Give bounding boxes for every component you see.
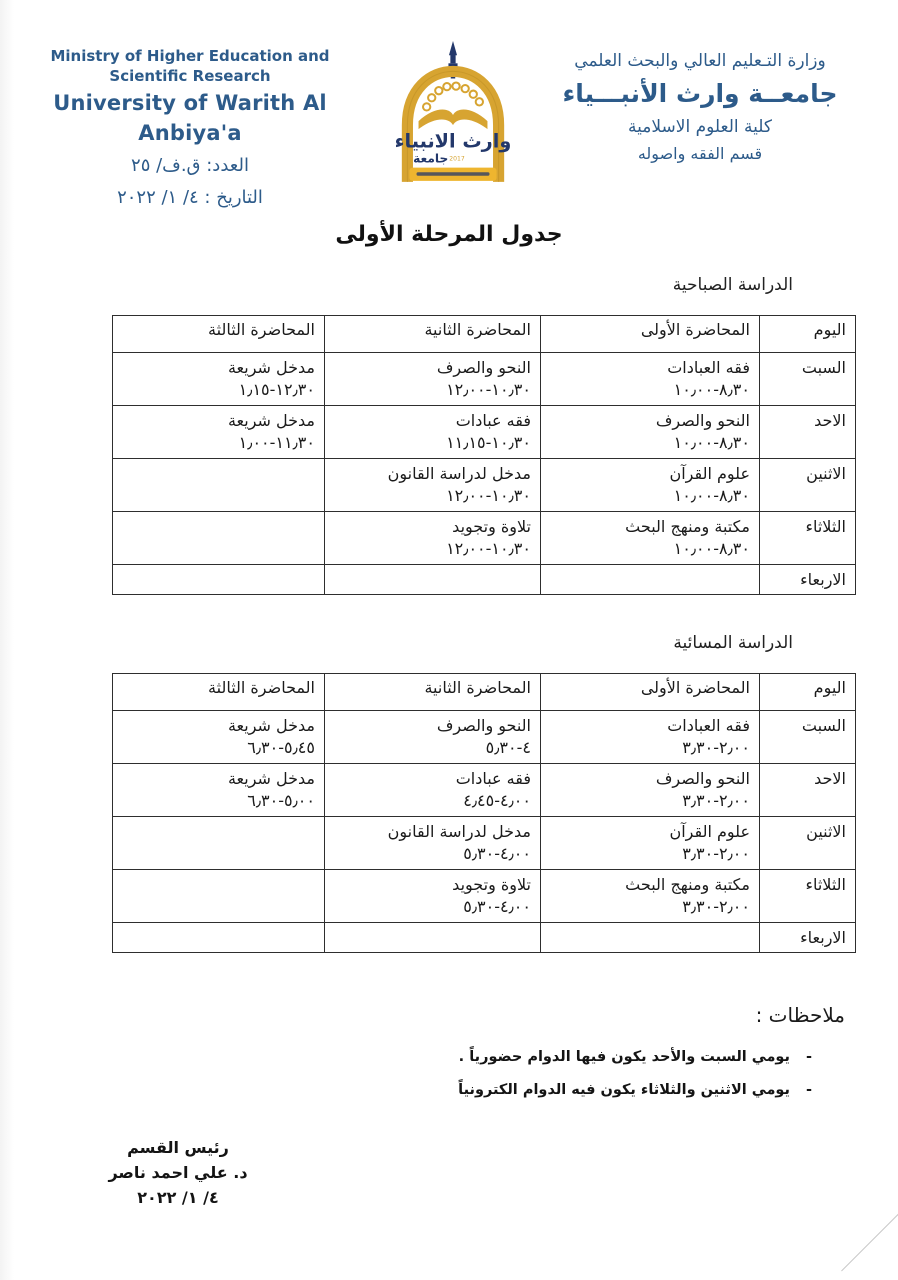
- time-range: ٥٫٠٠-٦٫٣٠: [117, 790, 315, 812]
- notes-list: - يومي السبت والأحد يكون فيها الدوام حضو…: [0, 1041, 898, 1107]
- day-cell: الاربعاء: [760, 923, 856, 953]
- day-cell: السبت: [760, 711, 856, 764]
- lecture-cell: النحو والصرف١٠٫٣٠-١٢٫٠٠: [325, 353, 541, 406]
- document-page: Ministry of Higher Education and Scienti…: [0, 0, 898, 1280]
- subject-name: مكتبة ومنهج البحث: [545, 516, 750, 538]
- signature-name: د. علي احمد ناصر: [88, 1160, 268, 1185]
- lecture-cell: النحو والصرف٤-٥٫٣٠: [325, 711, 541, 764]
- section-label-morning: الدراسة الصباحية: [0, 275, 898, 295]
- time-range: ١٠٫٣٠-١٢٫٠٠: [329, 485, 531, 507]
- document-date: التاريخ : ٤/ ١/ ٢٠٢٢: [30, 183, 350, 212]
- time-range: ٢٫٠٠-٣٫٣٠: [545, 790, 750, 812]
- column-header: المحاضرة الأولى: [541, 674, 760, 711]
- lecture-cell: مكتبة ومنهج البحث٢٫٠٠-٣٫٣٠: [541, 870, 760, 923]
- time-range: ٨٫٣٠-١٠٫٠٠: [545, 538, 750, 560]
- logo-year: 2017: [449, 156, 465, 163]
- table-row: الاحدالنحو والصرف٢٫٠٠-٣٫٣٠فقه عبادات٤٫٠٠…: [113, 764, 856, 817]
- lecture-cell: [113, 817, 325, 870]
- subject-name: النحو والصرف: [545, 410, 750, 432]
- logo-calligraphy-text: وارث الانبياء: [395, 129, 512, 152]
- dash-bullet: -: [806, 1074, 812, 1107]
- subject-name: النحو والصرف: [545, 768, 750, 790]
- table-row: الاربعاء: [113, 565, 856, 595]
- lecture-cell: مدخل شريعة١١٫٣٠-١٫٠٠: [113, 406, 325, 459]
- day-cell: السبت: [760, 353, 856, 406]
- letterhead: Ministry of Higher Education and Scienti…: [0, 40, 898, 198]
- college-ar: كلية العلوم الاسلامية: [538, 114, 862, 141]
- lecture-cell: فقه العبادات٢٫٠٠-٣٫٣٠: [541, 711, 760, 764]
- time-range: ٤٫٠٠-٥٫٣٠: [329, 843, 531, 865]
- morning-schedule-table: اليومالمحاضرة الأولىالمحاضرة الثانيةالمح…: [112, 315, 856, 595]
- signature-date: ٤/ ١/ ٢٠٢٢: [88, 1185, 268, 1210]
- time-range: ٢٫٠٠-٣٫٣٠: [545, 896, 750, 918]
- subject-name: فقه عبادات: [329, 410, 531, 432]
- time-range: ٢٫٠٠-٣٫٣٠: [545, 737, 750, 759]
- column-header: المحاضرة الثالثة: [113, 674, 325, 711]
- column-header: المحاضرة الأولى: [541, 316, 760, 353]
- lecture-cell: فقه العبادات٨٫٣٠-١٠٫٠٠: [541, 353, 760, 406]
- subject-name: تلاوة وتجويد: [329, 874, 531, 896]
- subject-name: مدخل لدراسة القانون: [329, 821, 531, 843]
- page-title: جدول المرحلة الأولى: [0, 222, 898, 247]
- lecture-cell: النحو والصرف٢٫٠٠-٣٫٣٠: [541, 764, 760, 817]
- day-cell: الاثنين: [760, 459, 856, 512]
- subject-name: مدخل شريعة: [117, 357, 315, 379]
- subject-name: النحو والصرف: [329, 357, 531, 379]
- notes-title: ملاحظات :: [0, 1003, 898, 1027]
- ministry-ar: وزارة التـعليم العالي والبحث العلمي: [538, 48, 862, 74]
- subject-name: علوم القرآن: [545, 463, 750, 485]
- note-text: يومي السبت والأحد يكون فيها الدوام حضوري…: [459, 1041, 790, 1074]
- lecture-cell: [113, 923, 325, 953]
- table-row: الاثنينعلوم القرآن٨٫٣٠-١٠٫٠٠مدخل لدراسة …: [113, 459, 856, 512]
- time-range: ١٠٫٣٠-١٢٫٠٠: [329, 538, 531, 560]
- subject-name: مدخل شريعة: [117, 768, 315, 790]
- letterhead-arabic-block: وزارة التـعليم العالي والبحث العلمي جامع…: [538, 48, 862, 167]
- signature-block: رئيس القسم د. علي احمد ناصر ٤/ ١/ ٢٠٢٢: [88, 1135, 268, 1210]
- lecture-cell: فقه عبادات٤٫٠٠-٤٫٤٥: [325, 764, 541, 817]
- time-range: ٤-٥٫٣٠: [329, 737, 531, 759]
- time-range: ١٠٫٣٠-١٢٫٠٠: [329, 379, 531, 401]
- evening-schedule-table: اليومالمحاضرة الأولىالمحاضرة الثانيةالمح…: [112, 673, 856, 953]
- section-label-evening: الدراسة المسائية: [0, 633, 898, 653]
- lecture-cell: فقه عبادات١٠٫٣٠-١١٫١٥: [325, 406, 541, 459]
- subject-name: مدخل شريعة: [117, 715, 315, 737]
- ministry-en-line1: Ministry of Higher Education and: [30, 46, 350, 66]
- lecture-cell: تلاوة وتجويد١٠٫٣٠-١٢٫٠٠: [325, 512, 541, 565]
- subject-name: علوم القرآن: [545, 821, 750, 843]
- table-row: الثلاثاءمكتبة ومنهج البحث٢٫٠٠-٣٫٣٠تلاوة …: [113, 870, 856, 923]
- lecture-cell: [325, 565, 541, 595]
- letterhead-english-block: Ministry of Higher Education and Scienti…: [30, 46, 350, 212]
- subject-name: النحو والصرف: [329, 715, 531, 737]
- column-header: المحاضرة الثالثة: [113, 316, 325, 353]
- subject-name: مكتبة ومنهج البحث: [545, 874, 750, 896]
- note-text: يومي الاثنين والثلاثاء يكون فيه الدوام ا…: [458, 1074, 790, 1107]
- header-row: اليومالمحاضرة الأولىالمحاضرة الثانيةالمح…: [113, 316, 856, 353]
- lecture-cell: تلاوة وتجويد٤٫٠٠-٥٫٣٠: [325, 870, 541, 923]
- lecture-cell: [113, 565, 325, 595]
- note-item: - يومي الاثنين والثلاثاء يكون فيه الدوام…: [0, 1074, 812, 1107]
- lecture-cell: [541, 565, 760, 595]
- lecture-cell: علوم القرآن٢٫٠٠-٣٫٣٠: [541, 817, 760, 870]
- table-row: السبتفقه العبادات٨٫٣٠-١٠٫٠٠النحو والصرف١…: [113, 353, 856, 406]
- lecture-cell: مدخل شريعة٥٫٤٥-٦٫٣٠: [113, 711, 325, 764]
- lecture-cell: مدخل شريعة٥٫٠٠-٦٫٣٠: [113, 764, 325, 817]
- time-range: ١٢٫٣٠-١٫١٥: [117, 379, 315, 401]
- day-cell: الاربعاء: [760, 565, 856, 595]
- ministry-en-line2: Scientific Research: [30, 66, 350, 86]
- dash-bullet: -: [806, 1041, 812, 1074]
- lecture-cell: [113, 459, 325, 512]
- lecture-cell: علوم القرآن٨٫٣٠-١٠٫٠٠: [541, 459, 760, 512]
- time-range: ١٠٫٣٠-١١٫١٥: [329, 432, 531, 454]
- table-row: الثلاثاءمكتبة ومنهج البحث٨٫٣٠-١٠٫٠٠تلاوة…: [113, 512, 856, 565]
- university-name-en: University of Warith Al Anbiya'a: [30, 88, 350, 148]
- time-range: ٨٫٣٠-١٠٫٠٠: [545, 485, 750, 507]
- university-logo: وارث الانبياء جامعة 2017: [378, 40, 528, 192]
- column-header: المحاضرة الثانية: [325, 316, 541, 353]
- note-item: - يومي السبت والأحد يكون فيها الدوام حضو…: [0, 1041, 812, 1074]
- day-cell: الثلاثاء: [760, 512, 856, 565]
- time-range: ٤٫٠٠-٥٫٣٠: [329, 896, 531, 918]
- subject-name: فقه العبادات: [545, 715, 750, 737]
- time-range: ١١٫٣٠-١٫٠٠: [117, 432, 315, 454]
- table-row: الاربعاء: [113, 923, 856, 953]
- department-ar: قسم الفقه واصوله: [538, 141, 862, 167]
- university-name-ar: جامعــة وارث الأنبـــياء: [538, 74, 862, 114]
- table-row: الاحدالنحو والصرف٨٫٣٠-١٠٫٠٠فقه عبادات١٠٫…: [113, 406, 856, 459]
- day-cell: الاحد: [760, 764, 856, 817]
- subject-name: فقه العبادات: [545, 357, 750, 379]
- time-range: ٥٫٤٥-٦٫٣٠: [117, 737, 315, 759]
- day-cell: الاثنين: [760, 817, 856, 870]
- time-range: ٢٫٠٠-٣٫٣٠: [545, 843, 750, 865]
- page-corner-crease: [841, 1206, 898, 1272]
- day-cell: الاحد: [760, 406, 856, 459]
- subject-name: تلاوة وتجويد: [329, 516, 531, 538]
- subject-name: مدخل شريعة: [117, 410, 315, 432]
- header-row: اليومالمحاضرة الأولىالمحاضرة الثانيةالمح…: [113, 674, 856, 711]
- document-number: العدد: ق.ف/ ٢٥: [30, 151, 350, 180]
- subject-name: مدخل لدراسة القانون: [329, 463, 531, 485]
- logo-calligraphy-word: جامعة: [413, 152, 448, 166]
- day-cell: الثلاثاء: [760, 870, 856, 923]
- time-range: ٨٫٣٠-١٠٫٠٠: [545, 432, 750, 454]
- lecture-cell: [541, 923, 760, 953]
- subject-name: فقه عبادات: [329, 768, 531, 790]
- time-range: ٨٫٣٠-١٠٫٠٠: [545, 379, 750, 401]
- time-range: ٤٫٠٠-٤٫٤٥: [329, 790, 531, 812]
- lecture-cell: مدخل شريعة١٢٫٣٠-١٫١٥: [113, 353, 325, 406]
- lecture-cell: مدخل لدراسة القانون٤٫٠٠-٥٫٣٠: [325, 817, 541, 870]
- lecture-cell: مدخل لدراسة القانون١٠٫٣٠-١٢٫٠٠: [325, 459, 541, 512]
- lecture-cell: [325, 923, 541, 953]
- lecture-cell: النحو والصرف٨٫٣٠-١٠٫٠٠: [541, 406, 760, 459]
- signature-role: رئيس القسم: [88, 1135, 268, 1160]
- column-header: اليوم: [760, 316, 856, 353]
- lecture-cell: [113, 512, 325, 565]
- university-logo-image: وارث الانبياء جامعة 2017: [384, 40, 522, 192]
- table-row: السبتفقه العبادات٢٫٠٠-٣٫٣٠النحو والصرف٤-…: [113, 711, 856, 764]
- lecture-cell: مكتبة ومنهج البحث٨٫٣٠-١٠٫٠٠: [541, 512, 760, 565]
- column-header: اليوم: [760, 674, 856, 711]
- lecture-cell: [113, 870, 325, 923]
- column-header: المحاضرة الثانية: [325, 674, 541, 711]
- table-row: الاثنينعلوم القرآن٢٫٠٠-٣٫٣٠مدخل لدراسة ا…: [113, 817, 856, 870]
